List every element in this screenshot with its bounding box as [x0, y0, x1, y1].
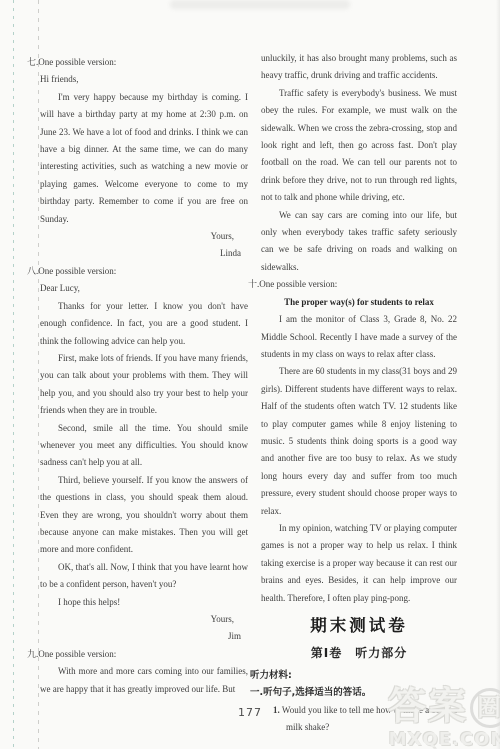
essay9-paragraph: With more and more cars coming into our …	[40, 663, 248, 698]
essay7-paragraph: I'm very happy because my birthday is co…	[40, 89, 248, 228]
essay8-paragraph-4: Third, believe yourself. If you know the…	[40, 472, 248, 559]
essay8-closing: Yours,	[40, 611, 248, 628]
watermark-logo: 答案圈	[388, 687, 500, 728]
section-8-heading: 八.One possible version:	[27, 263, 248, 280]
essay7-signature: Linda	[40, 245, 248, 262]
essay8-paragraph-2: First, make lots of friends. If you have…	[40, 350, 248, 420]
section-7-heading: 七.One possible version:	[27, 54, 248, 71]
listening-material-label: 听力材料:	[250, 667, 457, 684]
binding-crease-line-teal	[13, 0, 14, 749]
section-7-label: One possible version:	[38, 57, 116, 67]
exam-title: 期末测试卷	[261, 614, 457, 638]
section-8-marker: 八.	[27, 266, 38, 276]
essay8-signature: Jim	[40, 628, 248, 645]
watermark: 答案圈 MXQE.COM	[388, 687, 500, 749]
listening-section-1-marker: 一.	[250, 687, 263, 698]
right-column: unluckily, it has also brought many prob…	[261, 50, 457, 737]
essay9-continuation-2: Traffic safety is everybody's business. …	[261, 85, 457, 207]
section-9-marker: 九.	[27, 649, 38, 659]
essay10-paragraph-2: There are 60 students in my class(31 boy…	[261, 363, 457, 520]
essay7-salutation: Hi friends,	[40, 71, 248, 88]
essay9-continuation-3: We can say cars are coming into our life…	[261, 207, 457, 277]
listening-section-1-text: 听句子,选择适当的答话。	[263, 687, 371, 698]
essay10-paragraph-3: In my opinion, watching TV or playing co…	[261, 520, 457, 607]
essay10-paragraph-1: I am the monitor of Class 3, Grade 8, No…	[261, 311, 457, 363]
essay10-title: The proper way(s) for students to relax	[261, 294, 457, 311]
section-10-heading: 十.One possible version:	[248, 276, 457, 293]
scanned-answer-page: 七.One possible version: Hi friends, I'm …	[0, 0, 500, 749]
left-column: 七.One possible version: Hi friends, I'm …	[40, 54, 248, 698]
section-8-label: One possible version:	[38, 266, 116, 276]
essay8-salutation: Dear Lucy,	[40, 280, 248, 297]
section-9-heading: 九.One possible version:	[27, 646, 248, 663]
watermark-logo-text: 答案	[388, 684, 468, 728]
watermark-logo-circled-char: 圈	[470, 688, 500, 728]
watermark-site-url: MXQE.COM	[388, 731, 500, 749]
essay8-paragraph-6: I hope this helps!	[40, 594, 248, 611]
section-10-marker: 十.	[248, 279, 259, 289]
essay8-paragraph-3: Second, smile all the time. You should s…	[40, 420, 248, 472]
page-right-edge-shadow	[496, 0, 500, 749]
essay8-paragraph-1: Thanks for your letter. I know you don't…	[40, 298, 248, 350]
scan-noise-smudge	[170, 0, 350, 9]
section-10-label: One possible version:	[259, 279, 337, 289]
essay7-closing: Yours,	[40, 228, 248, 245]
essay8-paragraph-5: OK, that's all. Now, I think that you ha…	[40, 559, 248, 594]
binding-crease-line-gray	[38, 0, 39, 749]
section-9-label: One possible version:	[38, 649, 116, 659]
essay9-continuation-1: unluckily, it has also brought many prob…	[261, 50, 457, 85]
section-7-marker: 七.	[27, 57, 38, 67]
exam-part-heading: 第Ⅰ卷 听力部分	[261, 642, 457, 664]
